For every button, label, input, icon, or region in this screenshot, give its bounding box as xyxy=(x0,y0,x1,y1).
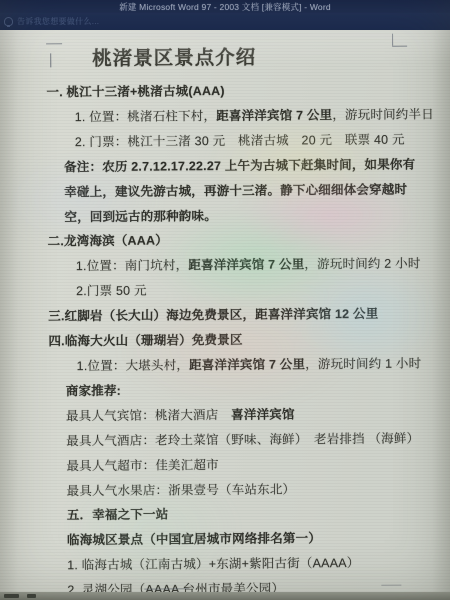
doc-text-segment: 商家推荐: xyxy=(66,384,121,398)
doc-text-segment: 备注：农历 2.7.12.17.22.27 上午为古城下赶集时间，如果你有 xyxy=(64,157,415,174)
doc-text-segment: 最具人气水果店：浙果壹号（车站东北） xyxy=(67,482,296,498)
doc-text-segment: 空，回到远古的那种韵味。 xyxy=(64,209,217,224)
text-boundary-mark xyxy=(381,585,401,586)
doc-text-segment: 2.门票 50 元 xyxy=(76,284,147,299)
doc-text-segment: 2. 门票：桃江十三渚 30 元 桃渚古城 20 元 联票 40 元 xyxy=(75,132,405,149)
doc-line[interactable]: 最具人气宾馆：桃渚大酒店 喜洋洋宾馆 xyxy=(66,401,450,429)
doc-line[interactable]: 最具人气酒店：老玲土菜馆（野味、海鲜） 老岩排挡 （海鲜） xyxy=(66,426,450,454)
doc-line[interactable]: 二.龙湾海滨（AAA） xyxy=(48,227,450,255)
doc-text-segment: 一. 桃江十三渚+桃渚古城(AAA) xyxy=(46,84,224,99)
doc-line[interactable]: 四.临海大火山（珊瑚岩）免费景区 xyxy=(48,326,450,354)
tell-me-label: 告诉我您想要做什么... xyxy=(17,16,99,27)
text-boundary-mark xyxy=(46,43,62,44)
doc-line[interactable]: 商家推荐: xyxy=(66,376,450,404)
doc-text-segment: 距喜洋洋宾馆 7 公里 xyxy=(216,108,332,123)
doc-text-segment: 临海城区景点（中国宜居城市网络排名第一） xyxy=(67,532,321,548)
bottom-edge-artifact xyxy=(27,594,36,598)
doc-line[interactable]: 1. 位置：桃渚石柱下村，距喜洋洋宾馆 7 公里，游玩时间约半日 xyxy=(75,102,450,130)
doc-text-segment: ，游玩时间约 2 小时 xyxy=(304,257,420,272)
doc-text-segment: 二.龙湾海滨（AAA） xyxy=(48,234,168,249)
doc-line[interactable]: 2.门票 50 元 xyxy=(76,276,450,304)
doc-text-segment: 最具人气超市：佳美汇超市 xyxy=(66,458,219,473)
doc-line[interactable]: 三.红脚岩（长大山）海边免费景区，距喜洋洋宾馆 12 公里 xyxy=(48,301,450,329)
doc-text-segment: ，游玩时间约半日 xyxy=(332,107,434,122)
doc-text-segment: 1. 位置：桃渚石柱下村， xyxy=(75,109,217,124)
doc-line[interactable]: 一. 桃江十三渚+桃渚古城(AAA) xyxy=(46,77,450,105)
doc-text-segment: 喜洋洋宾馆 xyxy=(231,407,295,421)
doc-line[interactable]: 1. 临海古城（江南古城）+东湖+紫阳古街（AAAA） xyxy=(67,550,450,578)
doc-text-segment: 五．幸福之下一站 xyxy=(67,508,169,523)
doc-text-segment: 幸碰上，建议先游古城，再游十三渚。静下心细细体会穿越时 xyxy=(64,182,407,199)
doc-line[interactable]: 五．幸福之下一站 xyxy=(67,501,450,529)
doc-text-segment: 1.位置：大堪头村， xyxy=(77,358,190,373)
doc-line[interactable]: 空，回到远古的那种韵味。 xyxy=(64,202,450,230)
doc-text-segment: 距喜洋洋宾馆 7 公里 xyxy=(189,357,305,372)
window-title: 新建 Microsoft Word 97 - 2003 文档 [兼容模式] - … xyxy=(119,1,331,13)
document-page[interactable]: 桃渚景区景点介绍 一. 桃江十三渚+桃渚古城(AAA)1. 位置：桃渚石柱下村，… xyxy=(0,30,450,592)
doc-line[interactable]: 最具人气超市：佳美汇超市 xyxy=(66,451,450,479)
doc-line[interactable]: 临海城区景点（中国宜居城市网络排名第一） xyxy=(67,526,450,554)
lightbulb-icon xyxy=(4,17,13,26)
screen-photo: 新建 Microsoft Word 97 - 2003 文档 [兼容模式] - … xyxy=(0,0,450,600)
document-body: 一. 桃江十三渚+桃渚古城(AAA)1. 位置：桃渚石柱下村，距喜洋洋宾馆 7 … xyxy=(0,77,450,600)
doc-line[interactable]: 幸碰上，建议先游古城，再游十三渚。静下心细细体会穿越时 xyxy=(64,177,450,205)
tell-me-bar[interactable]: 告诉我您想要做什么... xyxy=(0,13,450,30)
text-boundary-mark xyxy=(392,46,407,47)
window-titlebar[interactable]: 新建 Microsoft Word 97 - 2003 文档 [兼容模式] - … xyxy=(0,0,450,13)
photo-bottom-edge xyxy=(0,592,450,600)
doc-text-segment: 1. 临海古城（江南古城）+东湖+紫阳古街（AAAA） xyxy=(67,556,359,572)
doc-text-segment: 最具人气宾馆：桃渚大酒店 xyxy=(66,408,231,423)
doc-line[interactable]: 1.位置：大堪头村，距喜洋洋宾馆 7 公里，游玩时间约 1 小时 xyxy=(77,351,450,379)
text-boundary-mark xyxy=(50,53,51,67)
doc-line[interactable]: 1.位置：南门坑村，距喜洋洋宾馆 7 公里，游玩时间约 2 小时 xyxy=(76,252,450,280)
doc-line[interactable]: 2. 门票：桃江十三渚 30 元 桃渚古城 20 元 联票 40 元 xyxy=(75,127,450,155)
doc-text-segment: 三.红脚岩（长大山）海边免费景区，距喜洋洋宾馆 12 公里 xyxy=(48,307,378,324)
bottom-edge-artifact xyxy=(4,594,19,598)
text-boundary-mark xyxy=(392,34,393,46)
doc-text-segment: 1.位置：南门坑村， xyxy=(76,259,189,274)
doc-text-segment: 最具人气酒店：老玲土菜馆（野味、海鲜） 老岩排挡 （海鲜） xyxy=(66,431,419,448)
doc-text-segment: 四.临海大火山（珊瑚岩）免费景区 xyxy=(48,333,242,349)
doc-line[interactable]: 最具人气水果店：浙果壹号（车站东北） xyxy=(67,476,450,504)
page-tilt-wrapper: 桃渚景区景点介绍 一. 桃江十三渚+桃渚古城(AAA)1. 位置：桃渚石柱下村，… xyxy=(0,28,450,594)
doc-text-segment: 距喜洋洋宾馆 7 公里 xyxy=(188,258,304,273)
doc-line[interactable]: 备注：农历 2.7.12.17.22.27 上午为古城下赶集时间，如果你有 xyxy=(64,152,450,180)
doc-text-segment: ，游玩时间约 1 小时 xyxy=(305,356,421,371)
